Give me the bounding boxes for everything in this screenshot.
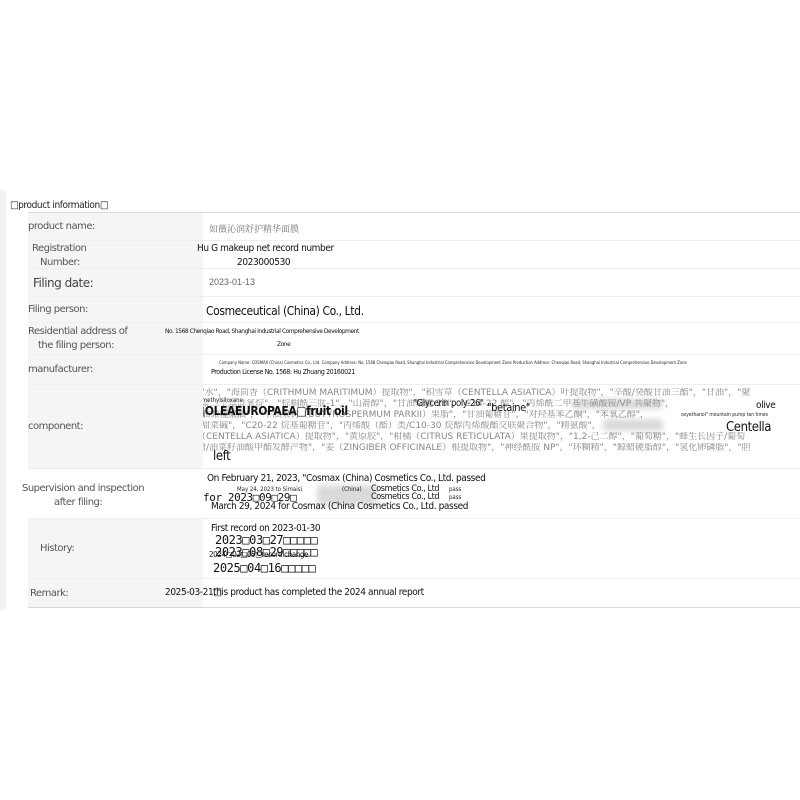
overlay-glycerin: "Glycerin poly-26" — [413, 398, 484, 409]
label-manufacturer: manufacturer: — [28, 355, 203, 384]
product-name-value: 如薇沁润舒护精华面膜 — [209, 222, 299, 235]
row-component: component: ["水"，"海茴香（CRITHMUM MARITIMUM）… — [28, 385, 800, 469]
label-product-name: product name: — [28, 213, 203, 240]
history-line4: 2025□04□16□□□□□ — [213, 561, 315, 575]
registration-value-line2: 2023000530 — [237, 257, 290, 268]
ingredient-line: （CENTELLA ASIATICA）提取物"，"黄原胶"，"柑橘（CITRUS… — [203, 432, 797, 443]
overlay-betaine: "betaine" — [487, 401, 530, 414]
value-cell-history: First record on 2023-01-30 2023□03□27□□□… — [203, 519, 800, 578]
value-cell-product-name: 如薇沁润舒护精华面膜 — [203, 213, 800, 240]
remark-text: this product has completed the 2024 annu… — [213, 587, 424, 598]
ingredient-line: 糖/油菜籽油酸甲酯发酵产物"，"姜（ZINGIBER OFFICINALE）根提… — [203, 443, 797, 454]
label-registration-line1: Registration — [32, 242, 203, 256]
manufacturer-company-info: Company Name: COSMAX (China) Cosmetics C… — [219, 360, 687, 365]
row-history: History: First record on 2023-01-30 2023… — [28, 519, 800, 579]
label-supervision-line2: after filing: — [22, 496, 197, 510]
history-record-change: 2024□02□05□record change — [209, 550, 308, 559]
overlay-oxyethanol: oxyethanol" mountain pump tan times — [681, 412, 768, 418]
ingredient-line: "甜菜碱"，"C20-22 烷基葡糖苷"，"丙烯酸（酯）类/C10-30 烷醇丙… — [203, 421, 797, 432]
overlay-dimethylsiloxane: dimethylsiloxane — [203, 397, 243, 404]
overlay-olive: olive — [756, 400, 775, 411]
supervision-line3-pass: pass — [449, 494, 461, 501]
row-registration-number: Registration Number: Hu G makeup net rec… — [28, 241, 800, 269]
row-filing-address: Residential address of the filing person… — [28, 323, 800, 355]
label-component: component: — [28, 385, 203, 468]
label-supervision: Supervision and inspection after filing: — [22, 469, 197, 518]
row-filing-date: Filing date: 2023-01-13 — [28, 269, 800, 297]
label-supervision-line1: Supervision and inspection — [22, 481, 197, 496]
filing-address-value-line2: Zone — [277, 340, 290, 348]
supervision-line4: March 29, 2024 for Cosmax (China Cosmeti… — [211, 501, 468, 512]
label-filing-date: Filing date: — [28, 269, 203, 296]
left-edge-strip — [0, 190, 6, 610]
value-cell-manufacturer: Company Name: COSMAX (China) Cosmetics C… — [203, 355, 800, 384]
blur-smudge — [603, 419, 663, 431]
value-cell-filing-date: 2023-01-13 — [203, 269, 800, 296]
value-cell-supervision: On February 21, 2023, "Cosmax (China) Co… — [197, 469, 800, 518]
filing-person-value: Cosmeceutical (China) Co., Ltd. — [206, 304, 364, 318]
component-ingredient-list: ["水"，"海茴香（CRITHMUM MARITIMUM）提取物"，"积雪草（C… — [203, 388, 797, 454]
row-product-name: product name: 如薇沁润舒护精华面膜 — [28, 213, 800, 241]
row-filing-person: Filing person: Cosmeceutical (China) Co.… — [28, 297, 800, 323]
supervision-line2-china: (China) — [342, 486, 362, 493]
filing-date-value: 2023-01-13 — [209, 277, 255, 287]
filing-address-value-line1: No. 1568 Chenqiao Road, Shanghai Industr… — [165, 327, 359, 335]
supervision-line2-pass: pass — [449, 486, 461, 493]
product-information-panel: □product information□ product name: 如薇沁润… — [0, 190, 800, 610]
row-remark: Remark: 2025-03-21□ this product has com… — [28, 579, 800, 607]
overlay-left: left — [213, 449, 230, 464]
value-cell-remark: 2025-03-21□ this product has completed t… — [203, 579, 800, 607]
value-cell-filing-person: Cosmeceutical (China) Co., Ltd. — [203, 297, 800, 322]
value-cell-component: ["水"，"海茴香（CRITHMUM MARITIMUM）提取物"，"积雪草（C… — [203, 385, 800, 468]
value-cell-filing-address: No. 1568 Chenqiao Road, Shanghai Industr… — [203, 323, 800, 354]
supervision-line1: On February 21, 2023, "Cosmax (China) Co… — [207, 473, 485, 484]
label-filing-person: Filing person: — [28, 297, 203, 322]
manufacturer-license: Production License No. 1568: Hu Zhuang 2… — [211, 368, 355, 376]
row-manufacturer: manufacturer: Company Name: COSMAX (Chin… — [28, 355, 800, 385]
label-registration-number: Registration Number: — [28, 241, 203, 268]
product-info-table: product name: 如薇沁润舒护精华面膜 Registration Nu… — [28, 212, 800, 608]
section-title: □product information□ — [10, 200, 108, 211]
label-address-line2: the filing person: — [28, 339, 203, 353]
row-supervision: Supervision and inspection after filing:… — [28, 469, 800, 519]
value-cell-registration: Hu G makeup net record number 2023000530 — [203, 241, 800, 268]
overlay-olea-europaea: □OLEAEUROPAEA□fruit oil — [203, 404, 348, 418]
blur-smudge — [573, 399, 663, 409]
overlay-centella: Centella — [726, 420, 771, 435]
label-history: History: — [28, 519, 203, 578]
registration-value-line1: Hu G makeup net record number — [197, 243, 334, 254]
label-registration-line2: Number: — [32, 256, 203, 269]
ingredient-line: ["水"，"海茴香（CRITHMUM MARITIMUM）提取物"，"积雪草（C… — [203, 388, 797, 399]
